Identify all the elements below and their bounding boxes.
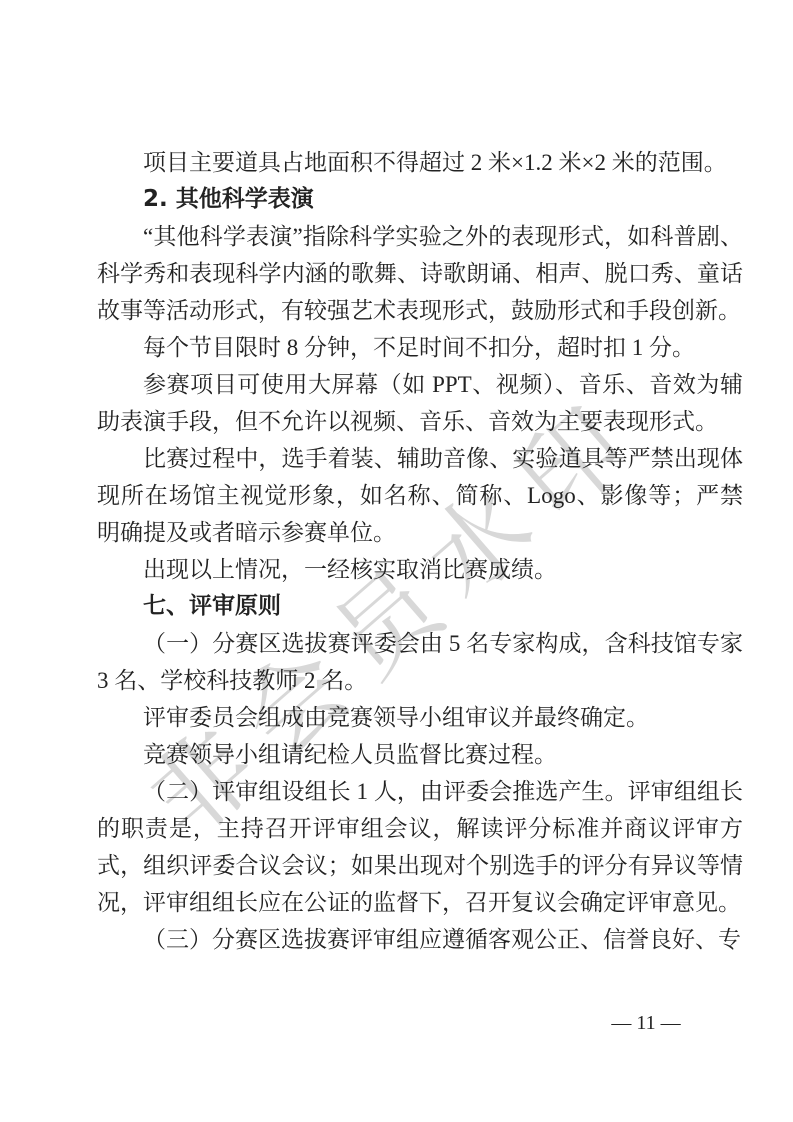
paragraph: 评审委员会组成由竞赛领导小组审议并最终确定。 bbox=[97, 699, 743, 736]
section-heading: 七、评审原则 bbox=[97, 588, 743, 625]
document-page: 非会员水印 项目主要道具占地面积不得超过 2 米×1.2 米×2 米的范围。2.… bbox=[0, 0, 793, 1122]
page-number: — 11 — bbox=[586, 1012, 706, 1035]
paragraph: （二）评审组设组长 1 人，由评委会推选产生。评审组组长的职责是，主持召开评审组… bbox=[97, 773, 743, 921]
section-heading: 2. 其他科学表演 bbox=[97, 181, 743, 218]
paragraph: 出现以上情况，一经核实取消比赛成绩。 bbox=[97, 551, 743, 588]
document-body: 项目主要道具占地面积不得超过 2 米×1.2 米×2 米的范围。2. 其他科学表… bbox=[97, 144, 743, 958]
paragraph: 竞赛领导小组请纪检人员监督比赛过程。 bbox=[97, 736, 743, 773]
paragraph: 比赛过程中，选手着装、辅助音像、实验道具等严禁出现体现所在场馆主视觉形象，如名称… bbox=[97, 440, 743, 551]
paragraph: （一）分赛区选拔赛评委会由 5 名专家构成，含科技馆专家 3 名、学校科技教师 … bbox=[97, 625, 743, 699]
paragraph: “其他科学表演”指除科学实验之外的表现形式，如科普剧、科学秀和表现科学内涵的歌舞… bbox=[97, 218, 743, 329]
paragraph: 每个节目限时 8 分钟，不足时间不扣分，超时扣 1 分。 bbox=[97, 329, 743, 366]
paragraph: （三）分赛区选拔赛评审组应遵循客观公正、信誉良好、专 bbox=[97, 921, 743, 958]
paragraph: 参赛项目可使用大屏幕（如 PPT、视频）、音乐、音效为辅助表演手段，但不允许以视… bbox=[97, 366, 743, 440]
paragraph: 项目主要道具占地面积不得超过 2 米×1.2 米×2 米的范围。 bbox=[97, 144, 743, 181]
